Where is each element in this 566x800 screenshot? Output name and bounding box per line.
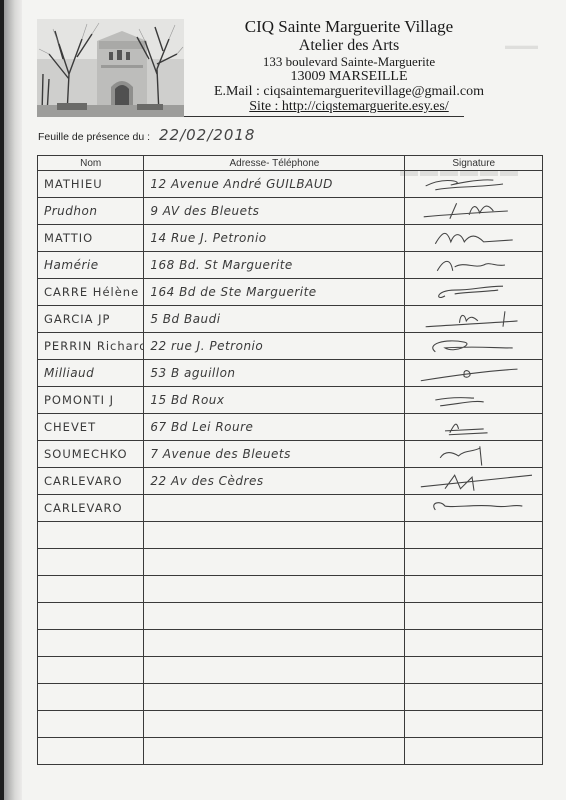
cell-signature[interactable] <box>405 171 543 198</box>
table-row: Hamérie168 Bd. St Marguerite <box>38 252 543 279</box>
cell-signature[interactable] <box>405 603 543 630</box>
table-row: CARLEVARO22 Av des Cèdres <box>38 468 543 495</box>
signature-scribble-icon <box>416 334 532 358</box>
cell-adresse[interactable]: 53 B aguillon <box>144 360 405 387</box>
scanner-shadow <box>4 0 22 800</box>
cell-nom[interactable] <box>38 684 144 711</box>
table-row <box>38 738 543 765</box>
table-row <box>38 576 543 603</box>
table-row <box>38 657 543 684</box>
signature-scribble-icon <box>416 388 532 412</box>
attendance-table: Nom Adresse- Téléphone Signature MATHIEU… <box>37 155 543 765</box>
cell-nom[interactable]: Milliaud <box>38 360 144 387</box>
table-row <box>38 711 543 738</box>
handwritten-address: 22 Av des Cèdres <box>150 474 263 488</box>
signature-scribble-icon <box>416 253 532 277</box>
handwritten-name: SOUMECHKO <box>44 447 128 461</box>
cell-signature[interactable] <box>405 711 543 738</box>
cell-signature[interactable] <box>405 549 543 576</box>
table-row: PERRIN Richard22 rue J. Petronio <box>38 333 543 360</box>
cell-nom[interactable]: CHEVET <box>38 414 144 441</box>
cell-nom[interactable] <box>38 630 144 657</box>
handwritten-address: 5 Bd Baudi <box>150 312 220 326</box>
handwritten-address: 164 Bd de Ste Marguerite <box>150 285 316 299</box>
signature-scribble-icon <box>416 496 532 520</box>
table-row <box>38 522 543 549</box>
cell-adresse[interactable]: 14 Rue J. Petronio <box>144 225 405 252</box>
cell-nom[interactable]: CARLEVARO <box>38 495 144 522</box>
cell-nom[interactable] <box>38 657 144 684</box>
cell-signature[interactable] <box>405 495 543 522</box>
cell-adresse[interactable]: 22 Av des Cèdres <box>144 468 405 495</box>
attendance-date-line: Feuille de présence du : 22/02/2018 <box>38 126 255 144</box>
table-header-row: Nom Adresse- Téléphone Signature <box>38 156 543 171</box>
cell-nom[interactable]: Prudhon <box>38 198 144 225</box>
table-row <box>38 630 543 657</box>
handwritten-name: Hamérie <box>44 258 99 272</box>
cell-signature[interactable] <box>405 522 543 549</box>
handwritten-name: CHEVET <box>44 420 96 434</box>
cell-nom[interactable] <box>38 711 144 738</box>
handwritten-name: Prudhon <box>44 204 97 218</box>
table-row: MATTIO14 Rue J. Petronio <box>38 225 543 252</box>
table-row <box>38 684 543 711</box>
cell-adresse[interactable] <box>144 522 405 549</box>
table-row: GARCIA JP5 Bd Baudi <box>38 306 543 333</box>
handwritten-address: 53 B aguillon <box>150 366 235 380</box>
table-row: MATHIEU12 Avenue André GUILBAUD <box>38 171 543 198</box>
cell-signature[interactable] <box>405 306 543 333</box>
cell-signature[interactable] <box>405 684 543 711</box>
handwritten-address: 7 Avenue des Bleuets <box>150 447 291 461</box>
church-photo <box>37 19 184 117</box>
column-header-nom: Nom <box>38 156 144 171</box>
table-row: CARRE Hélène164 Bd de Ste Marguerite <box>38 279 543 306</box>
cell-adresse[interactable] <box>144 711 405 738</box>
column-header-adresse: Adresse- Téléphone <box>144 156 405 171</box>
cell-signature[interactable] <box>405 576 543 603</box>
cell-adresse[interactable] <box>144 549 405 576</box>
cell-signature[interactable] <box>405 333 543 360</box>
cell-adresse[interactable] <box>144 576 405 603</box>
organization-subtitle: Atelier des Arts <box>184 37 514 54</box>
address-line-1: 133 boulevard Sainte-Marguerite <box>184 54 514 69</box>
cell-nom[interactable] <box>38 576 144 603</box>
handwritten-address: 168 Bd. St Marguerite <box>150 258 292 272</box>
cell-signature[interactable] <box>405 738 543 765</box>
cell-signature[interactable] <box>405 387 543 414</box>
attendance-label: Feuille de présence du : <box>38 131 150 143</box>
cell-signature[interactable] <box>405 252 543 279</box>
cell-adresse[interactable] <box>144 603 405 630</box>
cell-nom[interactable]: PERRIN Richard <box>38 333 144 360</box>
cell-signature[interactable] <box>405 198 543 225</box>
cell-adresse[interactable]: 168 Bd. St Marguerite <box>144 252 405 279</box>
table-row: SOUMECHKO7 Avenue des Bleuets <box>38 441 543 468</box>
table-row: CHEVET67 Bd Lei Roure <box>38 414 543 441</box>
signature-scribble-icon <box>416 442 532 466</box>
cell-adresse[interactable]: 5 Bd Baudi <box>144 306 405 333</box>
cell-signature[interactable] <box>405 225 543 252</box>
signature-scribble-icon <box>416 415 532 439</box>
cell-adresse[interactable]: 7 Avenue des Bleuets <box>144 441 405 468</box>
handwritten-address: 12 Avenue André GUILBAUD <box>150 177 333 191</box>
cell-adresse[interactable] <box>144 630 405 657</box>
cell-adresse[interactable]: 15 Bd Roux <box>144 387 405 414</box>
cell-signature[interactable] <box>405 468 543 495</box>
handwritten-name: PERRIN Richard <box>44 339 144 353</box>
cell-signature[interactable] <box>405 630 543 657</box>
handwritten-name: MATHIEU <box>44 177 103 191</box>
handwritten-name: GARCIA JP <box>44 312 110 326</box>
cell-adresse[interactable] <box>144 738 405 765</box>
cell-adresse[interactable]: 67 Bd Lei Roure <box>144 414 405 441</box>
header-divider <box>184 116 464 117</box>
cell-adresse[interactable]: 164 Bd de Ste Marguerite <box>144 279 405 306</box>
handwritten-name: CARRE Hélène <box>44 285 139 299</box>
email-line: E.Mail : ciqsaintemargueritevillage@gmai… <box>184 84 514 99</box>
table-row <box>38 603 543 630</box>
table-row: Prudhon9 AV des Bleuets <box>38 198 543 225</box>
cell-adresse[interactable]: 12 Avenue André GUILBAUD <box>144 171 405 198</box>
cell-adresse[interactable]: 9 AV des Bleuets <box>144 198 405 225</box>
signature-scribble-icon <box>416 361 532 385</box>
handwritten-name: POMONTI J <box>44 393 114 407</box>
cell-adresse[interactable] <box>144 657 405 684</box>
cell-adresse[interactable]: 22 rue J. Petronio <box>144 333 405 360</box>
signature-scribble-icon <box>416 172 532 196</box>
cell-signature[interactable] <box>405 360 543 387</box>
handwritten-name: CARLEVARO <box>44 501 123 515</box>
cell-nom[interactable]: Hamérie <box>38 252 144 279</box>
handwritten-name: Milliaud <box>44 366 94 380</box>
signature-scribble-icon <box>416 280 532 304</box>
handwritten-address: 15 Bd Roux <box>150 393 224 407</box>
cell-nom[interactable]: CARLEVARO <box>38 468 144 495</box>
signature-scribble-icon <box>416 307 532 331</box>
organization-header: CIQ Sainte Marguerite Village Atelier de… <box>184 17 514 115</box>
cell-signature[interactable] <box>405 657 543 684</box>
site-link[interactable]: Site : http://ciqstemarguerite.esy.es/ <box>184 99 514 115</box>
signature-scribble-icon <box>416 199 532 223</box>
cell-nom[interactable]: SOUMECHKO <box>38 441 144 468</box>
table-row: POMONTI J15 Bd Roux <box>38 387 543 414</box>
handwritten-address: 9 AV des Bleuets <box>150 204 259 218</box>
cell-nom[interactable]: GARCIA JP <box>38 306 144 333</box>
handwritten-address: 14 Rue J. Petronio <box>150 231 266 245</box>
handwritten-address: 22 rue J. Petronio <box>150 339 263 353</box>
column-header-signature: Signature <box>405 156 543 171</box>
table-row: CARLEVARO <box>38 495 543 522</box>
handwritten-address: 67 Bd Lei Roure <box>150 420 253 434</box>
cell-nom[interactable] <box>38 603 144 630</box>
cell-nom[interactable]: MATTIO <box>38 225 144 252</box>
cell-adresse[interactable] <box>144 495 405 522</box>
handwritten-name: MATTIO <box>44 231 93 245</box>
cell-signature[interactable] <box>405 441 543 468</box>
address-line-2: 13009 MARSEILLE <box>184 69 514 84</box>
signature-scribble-icon <box>416 469 532 493</box>
cell-nom[interactable] <box>38 522 144 549</box>
organization-name: CIQ Sainte Marguerite Village <box>184 17 514 37</box>
attendance-date: 22/02/2018 <box>159 126 255 144</box>
handwritten-name: CARLEVARO <box>44 474 123 488</box>
cell-nom[interactable]: CARRE Hélène <box>38 279 144 306</box>
cell-nom[interactable]: POMONTI J <box>38 387 144 414</box>
cell-nom[interactable] <box>38 549 144 576</box>
cell-signature[interactable] <box>405 279 543 306</box>
table-row <box>38 549 543 576</box>
signature-scribble-icon <box>416 226 532 250</box>
cell-nom[interactable] <box>38 738 144 765</box>
cell-signature[interactable] <box>405 414 543 441</box>
cell-adresse[interactable] <box>144 684 405 711</box>
table-row: Milliaud53 B aguillon <box>38 360 543 387</box>
cell-nom[interactable]: MATHIEU <box>38 171 144 198</box>
